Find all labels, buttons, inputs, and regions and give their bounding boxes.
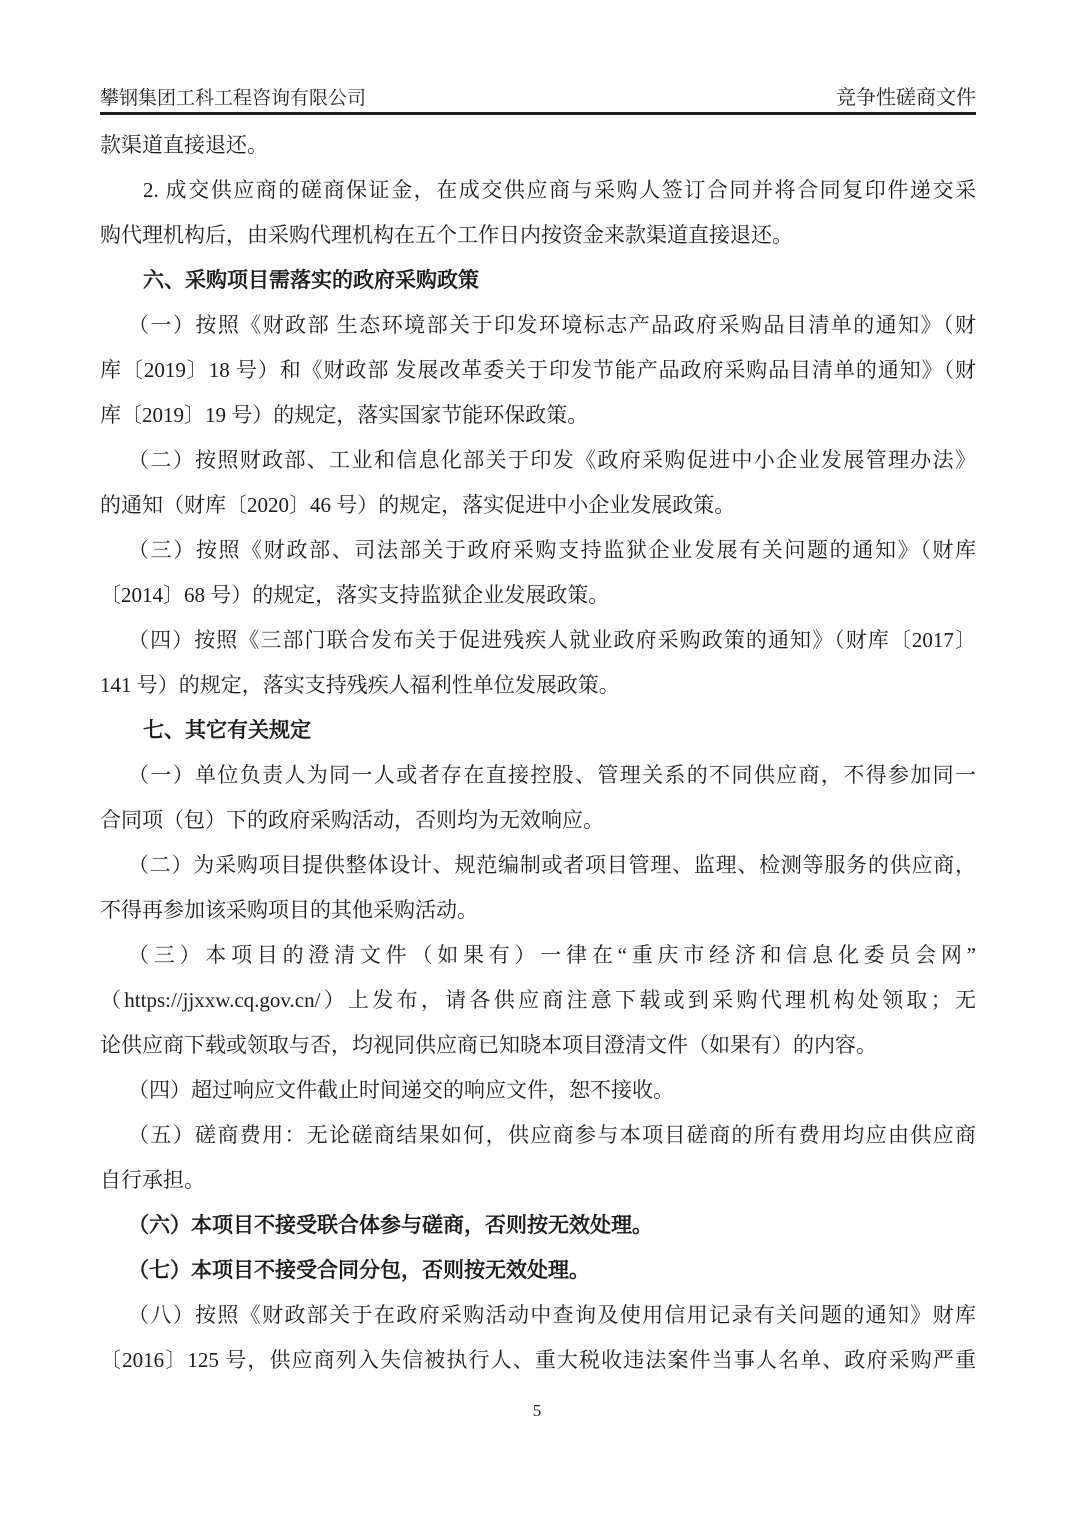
document-line: （一）按照《财政部 生态环境部关于印发环境标志产品政府采购品目清单的通知》（财 [100, 303, 976, 348]
document-line: 〔2014〕68 号）的规定，落实支持监狱企业发展政策。 [100, 573, 976, 618]
section-heading-7: 七、其它有关规定 [100, 708, 976, 753]
document-line: （四）按照《三部门联合发布关于促进残疾人就业政府采购政策的通知》（财库〔2017… [100, 618, 976, 663]
page-number: 5 [533, 1401, 542, 1420]
page-header: 攀钢集团工科工程咨询有限公司 竞争性磋商文件 [100, 86, 976, 111]
document-line: （一）单位负责人为同一人或者存在直接控股、管理关系的不同供应商，不得参加同一 [100, 753, 976, 798]
document-line: 141 号）的规定，落实支持残疾人福利性单位发展政策。 [100, 663, 976, 708]
header-company-name: 攀钢集团工科工程咨询有限公司 [100, 87, 366, 111]
document-line: 购代理机构后，由采购代理机构在五个工作日内按资金来款渠道直接退还。 [100, 213, 976, 258]
document-line: 的通知（财库〔2020〕46 号）的规定，落实促进中小企业发展政策。 [100, 483, 976, 528]
document-line: 2. 成交供应商的磋商保证金，在成交供应商与采购人签订合同并将合同复印件递交采 [100, 168, 976, 213]
document-line: （六）本项目不接受联合体参与磋商，否则按无效处理。 [100, 1203, 976, 1248]
header-rule [100, 112, 976, 115]
document-line: 不得再参加该采购项目的其他采购活动。 [100, 888, 976, 933]
document-line: （三）本项目的澄清文件（如果有）一律在“重庆市经济和信息化委员会网” [100, 933, 976, 978]
document-line: （七）本项目不接受合同分包，否则按无效处理。 [100, 1248, 976, 1293]
document-line: （二）按照财政部、工业和信息化部关于印发《政府采购促进中小企业发展管理办法》 [100, 438, 976, 483]
document-line: （https://jjxxw.cq.gov.cn/）上发布，请各供应商注意下载或… [100, 978, 976, 1023]
header-doc-type: 竞争性磋商文件 [836, 86, 976, 110]
document-line: 合同项（包）下的政府采购活动，否则均为无效响应。 [100, 798, 976, 843]
document-line: 〔2016〕125 号，供应商列入失信被执行人、重大税收违法案件当事人名单、政府… [100, 1338, 976, 1383]
document-line: 自行承担。 [100, 1158, 976, 1203]
document-body: 款渠道直接退还。 2. 成交供应商的磋商保证金，在成交供应商与采购人签订合同并将… [100, 123, 976, 1383]
document-line: 论供应商下载或领取与否，均视同供应商已知晓本项目澄清文件（如果有）的内容。 [100, 1023, 976, 1068]
document-line: 库〔2019〕18 号）和《财政部 发展改革委关于印发节能产品政府采购品目清单的… [100, 348, 976, 393]
document-line: （八）按照《财政部关于在政府采购活动中查询及使用信用记录有关问题的通知》财库 [100, 1293, 976, 1338]
document-line: 款渠道直接退还。 [100, 123, 976, 168]
document-line: （二）为采购项目提供整体设计、规范编制或者项目管理、监理、检测等服务的供应商， [100, 843, 976, 888]
document-page: 攀钢集团工科工程咨询有限公司 竞争性磋商文件 款渠道直接退还。 2. 成交供应商… [0, 0, 1074, 1520]
page-footer: 5 [0, 1396, 1074, 1426]
document-line: （四）超过响应文件截止时间递交的响应文件，恕不接收。 [100, 1068, 976, 1113]
document-line: 库〔2019〕19 号）的规定，落实国家节能环保政策。 [100, 393, 976, 438]
document-line: （五）磋商费用：无论磋商结果如何，供应商参与本项目磋商的所有费用均应由供应商 [100, 1113, 976, 1158]
section-heading-6: 六、采购项目需落实的政府采购政策 [100, 258, 976, 303]
document-line: （三）按照《财政部、司法部关于政府采购支持监狱企业发展有关问题的通知》（财库 [100, 528, 976, 573]
